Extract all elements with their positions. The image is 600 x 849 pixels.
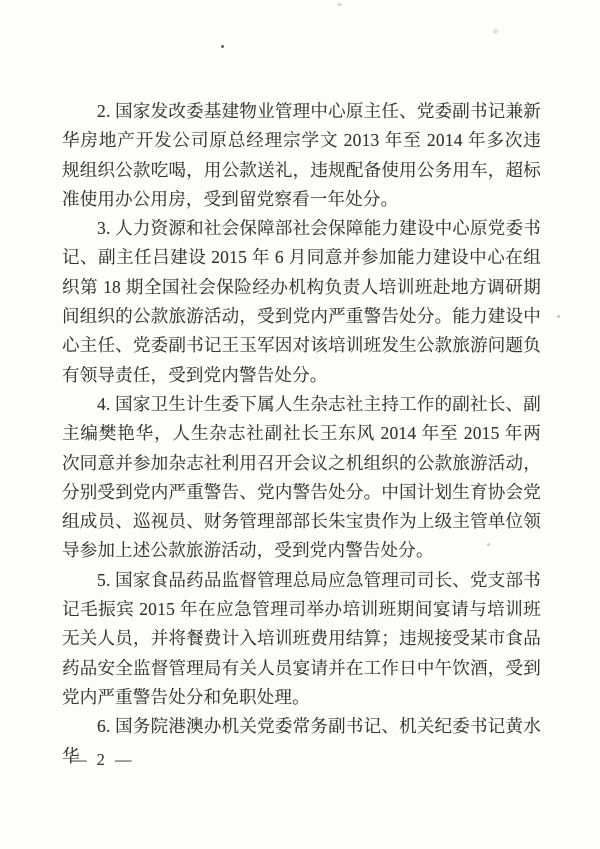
paragraph-item-3: 3. 人力资源和社会保障部社会保障能力建设中心原党委书记、副主任吕建设 2015… — [62, 214, 541, 390]
paragraph-item-5: 5. 国家食品药品监督管理总局应急管理司司长、党支部书记毛振宾 2015 年在应… — [62, 566, 541, 712]
document-page: 2. 国家发改委基建物业管理中心原主任、党委副书记兼新华房地产开发公司原总经理宗… — [0, 0, 600, 849]
paragraph-item-4: 4. 国家卫生计生委下属人生杂志社主持工作的副社长、副主编樊艳华，人生杂志社副社… — [62, 390, 541, 566]
scan-artifact-dot — [493, 29, 498, 34]
scan-artifact-dot — [337, 3, 342, 6]
scan-artifact-dot — [557, 315, 560, 318]
document-body: 2. 国家发改委基建物业管理中心原主任、党委副书记兼新华房地产开发公司原总经理宗… — [62, 97, 541, 771]
page-number: — 2 — — [70, 750, 135, 770]
scan-artifact-dot — [221, 45, 224, 48]
paragraph-item-2: 2. 国家发改委基建物业管理中心原主任、党委副书记兼新华房地产开发公司原总经理宗… — [62, 97, 541, 214]
